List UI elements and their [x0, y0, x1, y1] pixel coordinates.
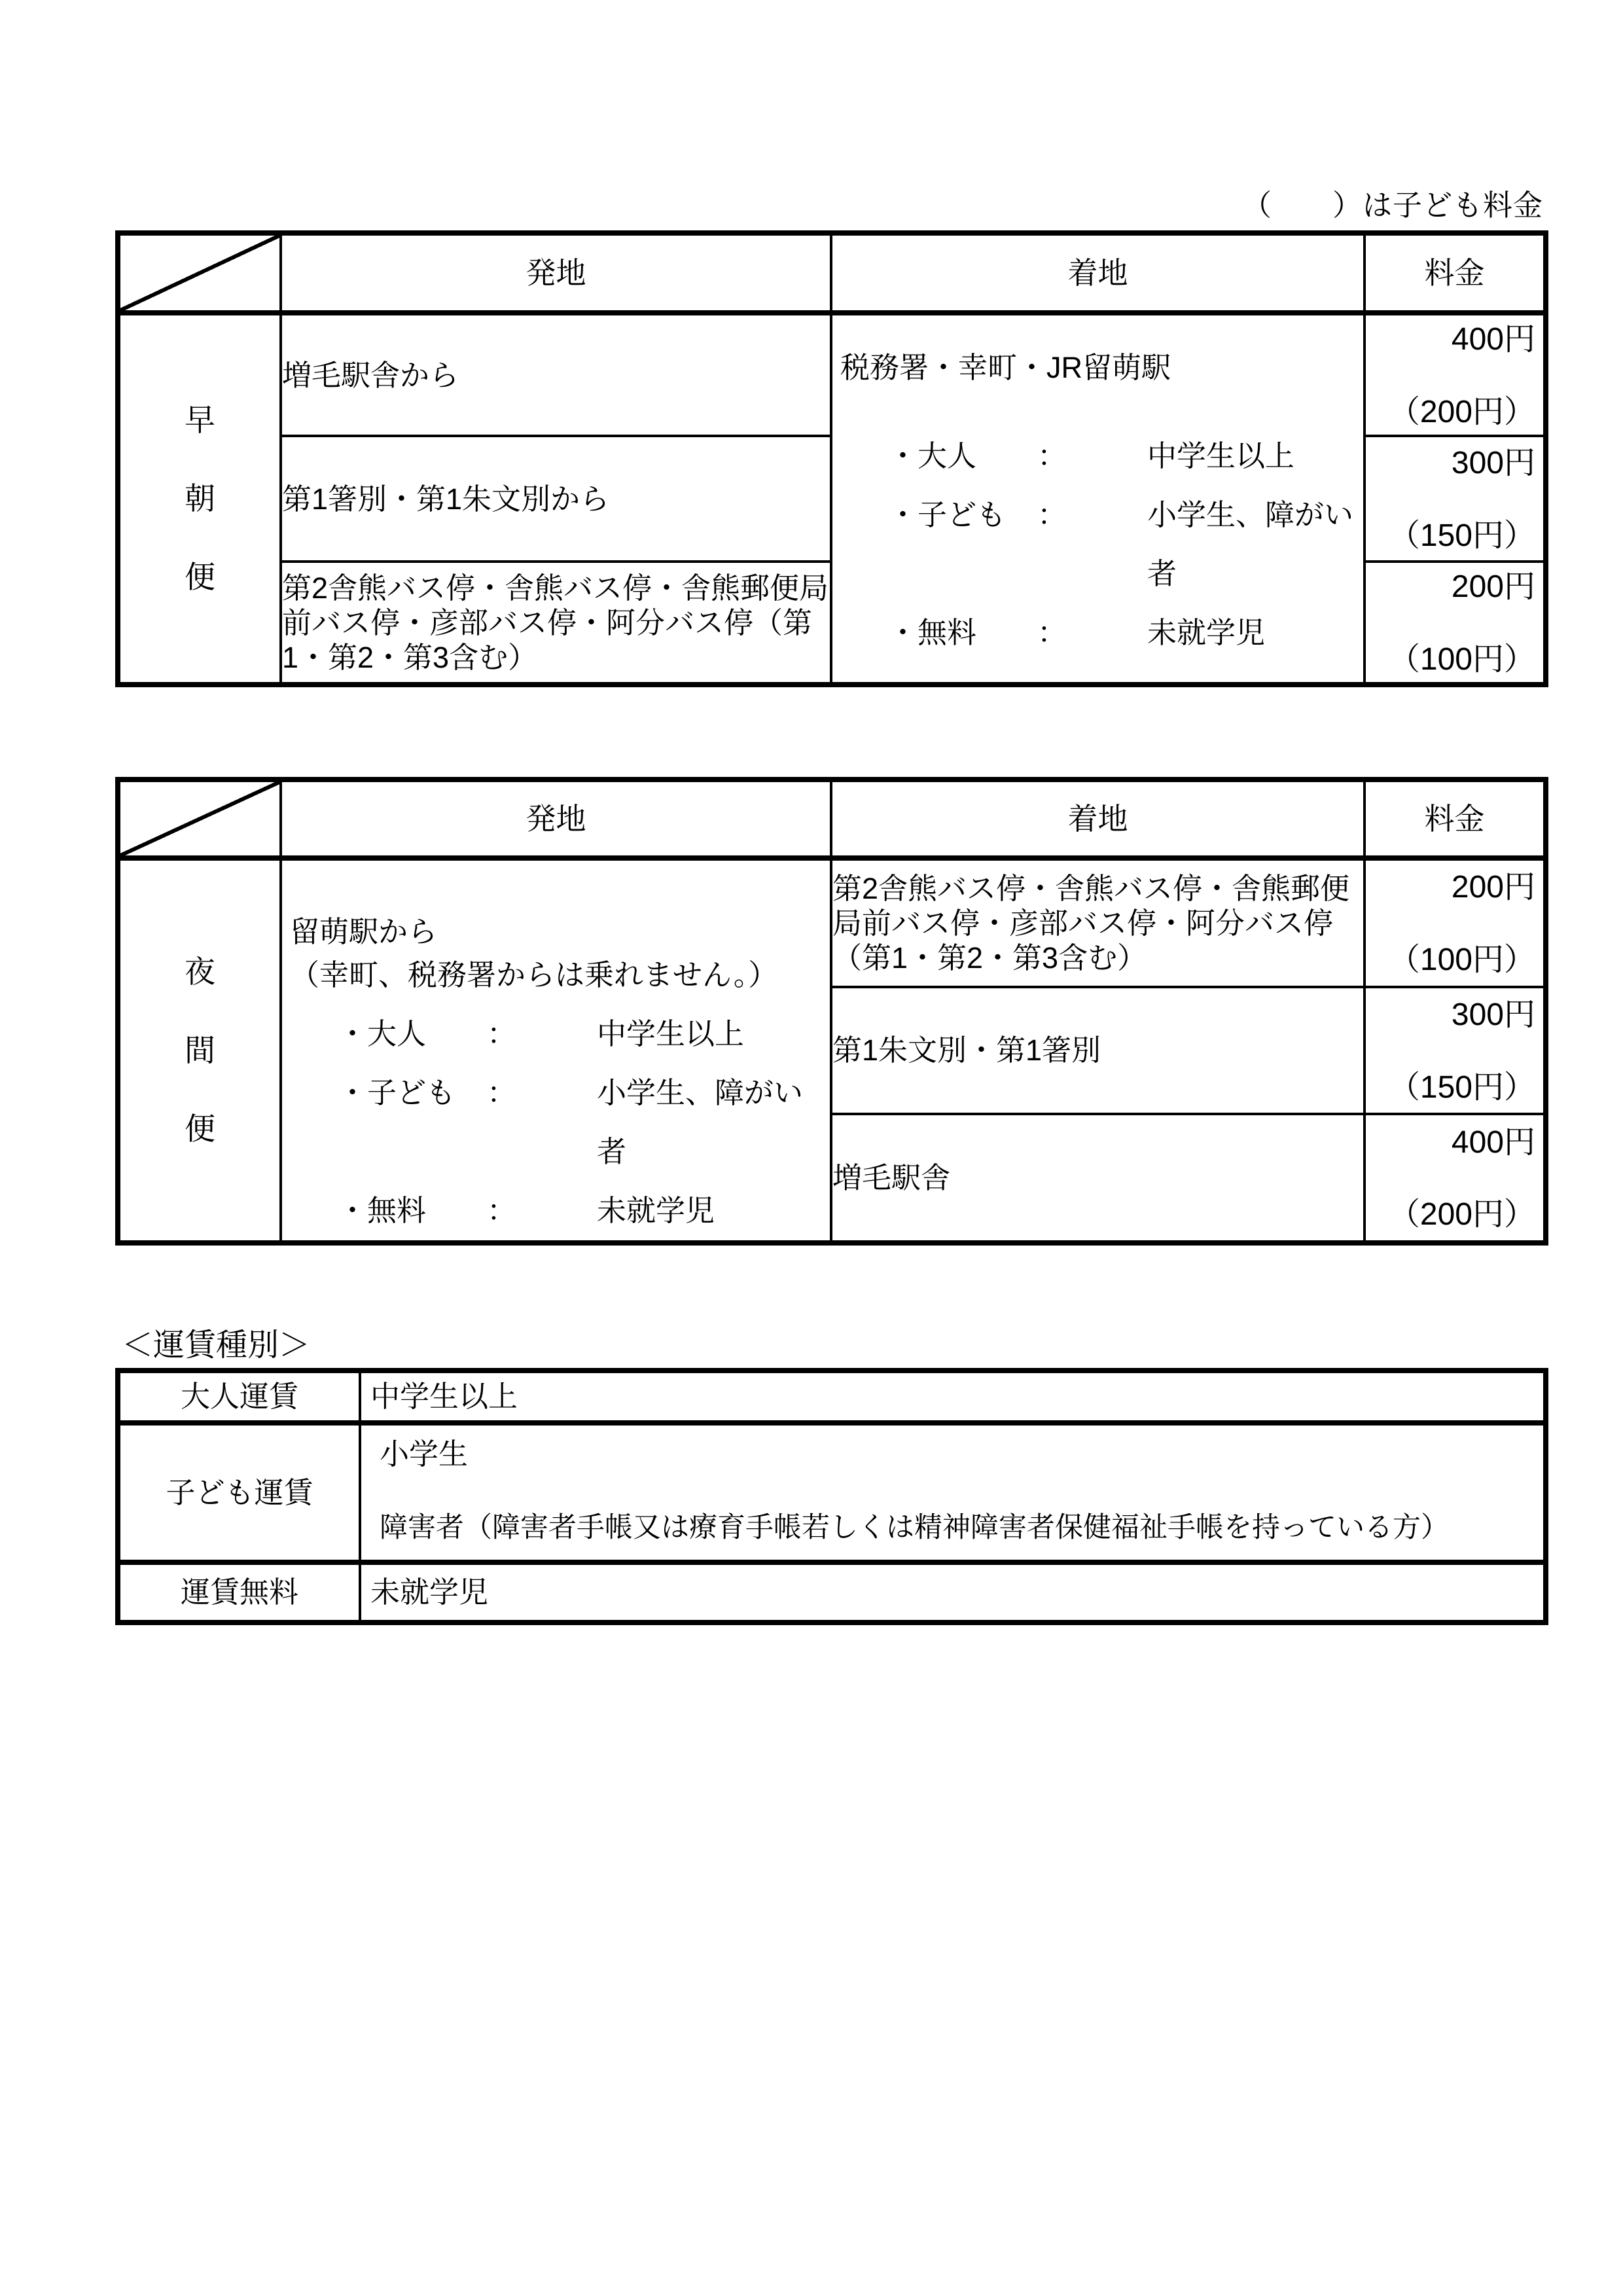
diagonal-corner-cell [118, 780, 281, 858]
definition-label: ・子ども [888, 486, 1037, 603]
definition-separator: ： [1037, 486, 1147, 603]
fare-cell: 300円 （150円） [1364, 436, 1546, 562]
fare-category-definitions: ・大人 ： 中学生以上 ・子ども ： 小学生、障がい者 ・無料 [888, 427, 1355, 662]
service-char: 便 [185, 1111, 215, 1147]
adult-fare: 300円 [1452, 997, 1535, 1033]
child-fare: （100円） [1389, 942, 1535, 978]
destination-cell: 増毛駅舎 [831, 1114, 1364, 1243]
origin-text: 留萌駅から [290, 910, 822, 954]
morning-service-fare-table: 発地 着地 料金 早 朝 便 増毛駅舎から 税務署・幸町・JR留萌駅 [115, 230, 1548, 687]
definition-separator: ： [1037, 427, 1147, 486]
fare-type-section-title: ＜運賃種別＞ [122, 1327, 310, 1363]
table-header-row: 発地 着地 料金 [118, 233, 1546, 313]
fare-type-description: 中学生以上 [360, 1371, 1546, 1423]
definition-label: ・無料 [888, 603, 1037, 662]
destination-text: 税務署・幸町・JR留萌駅 [840, 351, 1355, 385]
fare-type-label: 大人運賃 [118, 1371, 360, 1423]
definition-value: 小学生、障がい者 [597, 1064, 822, 1181]
service-char: 夜 [185, 954, 215, 990]
adult-fare: 300円 [1452, 445, 1535, 481]
service-char: 便 [185, 560, 215, 595]
fare-cell: 200円 （100円） [1364, 858, 1546, 987]
child-fare: （150円） [1389, 1069, 1535, 1105]
fare-type-label: 子ども運賃 [118, 1423, 360, 1562]
definition-label: ・無料 [338, 1181, 487, 1240]
vertical-service-label: 夜 間 便 [120, 954, 279, 1147]
fare-cell: 300円 （150円） [1364, 987, 1546, 1115]
fare-content: 200円 （100円） [1366, 564, 1543, 681]
fare-type-description-lines: 小学生 障害者（障害者手帳又は療育手帳若しくは精神障害者保健福祉手帳を持っている… [370, 1426, 1534, 1560]
origin-cell: 第1箸別・第1朱文別から [281, 436, 831, 562]
child-fare: （150円） [1389, 518, 1535, 554]
child-fare: （100円） [1389, 641, 1535, 677]
fare-column-header: 料金 [1364, 233, 1546, 313]
fare-category-definitions: ・大人 ： 中学生以上 ・子ども ： 小学生、障がい者 ・無料 [338, 1005, 822, 1240]
definition-label: ・大人 [888, 427, 1037, 486]
fare-content: 300円 （150円） [1366, 440, 1543, 558]
destination-cell: 第2舎熊バス停・舎熊バス停・舎熊郵便局前バス停・彦部バス停・阿分バス停（第1・第… [831, 858, 1364, 987]
adult-fare: 400円 [1452, 321, 1535, 357]
child-fare: （200円） [1389, 1196, 1535, 1232]
fare-content: 400円 （200円） [1366, 1119, 1543, 1237]
service-name-cell: 早 朝 便 [118, 313, 281, 685]
adult-fare: 400円 [1452, 1124, 1535, 1160]
night-service-fare-table: 発地 着地 料金 夜 間 便 留萌駅から （幸町、税務署からは乗れません。） [115, 777, 1548, 1246]
table-header-row: 発地 着地 料金 [118, 780, 1546, 858]
destination-cell: 第1朱文別・第1箸別 [831, 987, 1364, 1115]
definition-separator: ： [1037, 603, 1147, 662]
definition-separator: ： [487, 1005, 597, 1064]
fare-type-label: 運賃無料 [118, 1562, 360, 1623]
definition-separator: ： [487, 1181, 597, 1240]
service-name-cell: 夜 間 便 [118, 858, 281, 1243]
fare-type-description: 小学生 障害者（障害者手帳又は療育手帳若しくは精神障害者保健福祉手帳を持っている… [360, 1423, 1546, 1562]
fare-type-description: 未就学児 [360, 1562, 1546, 1623]
definition-line: ・無料 ： 未就学児 [338, 1181, 822, 1240]
table-row: 運賃無料 未就学児 [118, 1562, 1546, 1623]
vertical-service-label: 早 朝 便 [120, 403, 279, 595]
adult-fare: 200円 [1452, 569, 1535, 605]
fare-content: 300円 （150円） [1366, 992, 1543, 1109]
table-row: 大人運賃 中学生以上 [118, 1371, 1546, 1423]
destination-merged-cell: 税務署・幸町・JR留萌駅 ・大人 ： 中学生以上 ・子ども ： 小学生、障がい者 [831, 313, 1364, 685]
definition-value: 中学生以上 [597, 1005, 822, 1064]
child-fare-note: （ ）は子ども料金 [1242, 188, 1543, 223]
destination-column-header: 着地 [831, 233, 1364, 313]
destination-column-header: 着地 [831, 780, 1364, 858]
fare-cell: 400円 （200円） [1364, 313, 1546, 436]
definition-label: ・子ども [338, 1064, 487, 1181]
origin-merged-cell: 留萌駅から （幸町、税務署からは乗れません。） ・大人 ： 中学生以上 ・子ども… [281, 858, 831, 1243]
definition-line: ・子ども ： 小学生、障がい者 [338, 1064, 822, 1181]
definition-line: ・無料 ： 未就学児 [888, 603, 1355, 662]
table-row: 夜 間 便 留萌駅から （幸町、税務署からは乗れません。） ・大人 ： [118, 858, 1546, 987]
definition-value: 未就学児 [597, 1181, 822, 1240]
table-row: 子ども運賃 小学生 障害者（障害者手帳又は療育手帳若しくは精神障害者保健福祉手帳… [118, 1423, 1546, 1562]
fare-type-table: 大人運賃 中学生以上 子ども運賃 小学生 障害者（障害者手帳又は療育手帳若しくは… [115, 1368, 1548, 1625]
destination-content: 税務署・幸町・JR留萌駅 ・大人 ： 中学生以上 ・子ども ： 小学生、障がい者 [832, 335, 1363, 662]
definition-label: ・大人 [338, 1005, 487, 1064]
adult-fare: 200円 [1452, 869, 1535, 905]
origin-content: 留萌駅から （幸町、税務署からは乗れません。） ・大人 ： 中学生以上 ・子ども… [282, 861, 830, 1240]
fare-cell: 400円 （200円） [1364, 1114, 1546, 1243]
table-row: 早 朝 便 増毛駅舎から 税務署・幸町・JR留萌駅 ・大人 ： 中学生以上 [118, 313, 1546, 436]
child-fare: （200円） [1389, 394, 1535, 430]
definition-separator: ： [487, 1064, 597, 1181]
definition-line: ・大人 ： 中学生以上 [888, 427, 1355, 486]
fare-column-header: 料金 [1364, 780, 1546, 858]
definition-value: 小学生、障がい者 [1147, 486, 1355, 603]
definition-value: 未就学児 [1147, 603, 1355, 662]
diagonal-corner-cell [118, 233, 281, 313]
service-char: 間 [185, 1033, 215, 1068]
fare-content: 200円 （100円） [1366, 864, 1543, 982]
origin-cell: 第2舎熊バス停・舎熊バス停・舎熊郵便局前バス停・彦部バス停・阿分バス停（第1・第… [281, 562, 831, 685]
description-line: 障害者（障害者手帳又は療育手帳若しくは精神障害者保健福祉手帳を持っている方） [380, 1512, 1525, 1544]
definition-line: ・子ども ： 小学生、障がい者 [888, 486, 1355, 603]
origin-column-header: 発地 [281, 780, 831, 858]
origin-cell: 増毛駅舎から [281, 313, 831, 436]
origin-note: （幸町、税務署からは乗れません。） [290, 954, 822, 997]
description-line: 小学生 [380, 1437, 1525, 1471]
definition-line: ・大人 ： 中学生以上 [338, 1005, 822, 1064]
bus-fare-notice-page: （ ）は子ども料金 発地 着地 料金 早 朝 便 増毛駅舎から [0, 0, 1623, 2296]
definition-value: 中学生以上 [1147, 427, 1355, 486]
service-char: 朝 [185, 481, 215, 516]
service-char: 早 [185, 403, 215, 438]
fare-content: 400円 （200円） [1366, 316, 1543, 434]
fare-cell: 200円 （100円） [1364, 562, 1546, 685]
origin-column-header: 発地 [281, 233, 831, 313]
